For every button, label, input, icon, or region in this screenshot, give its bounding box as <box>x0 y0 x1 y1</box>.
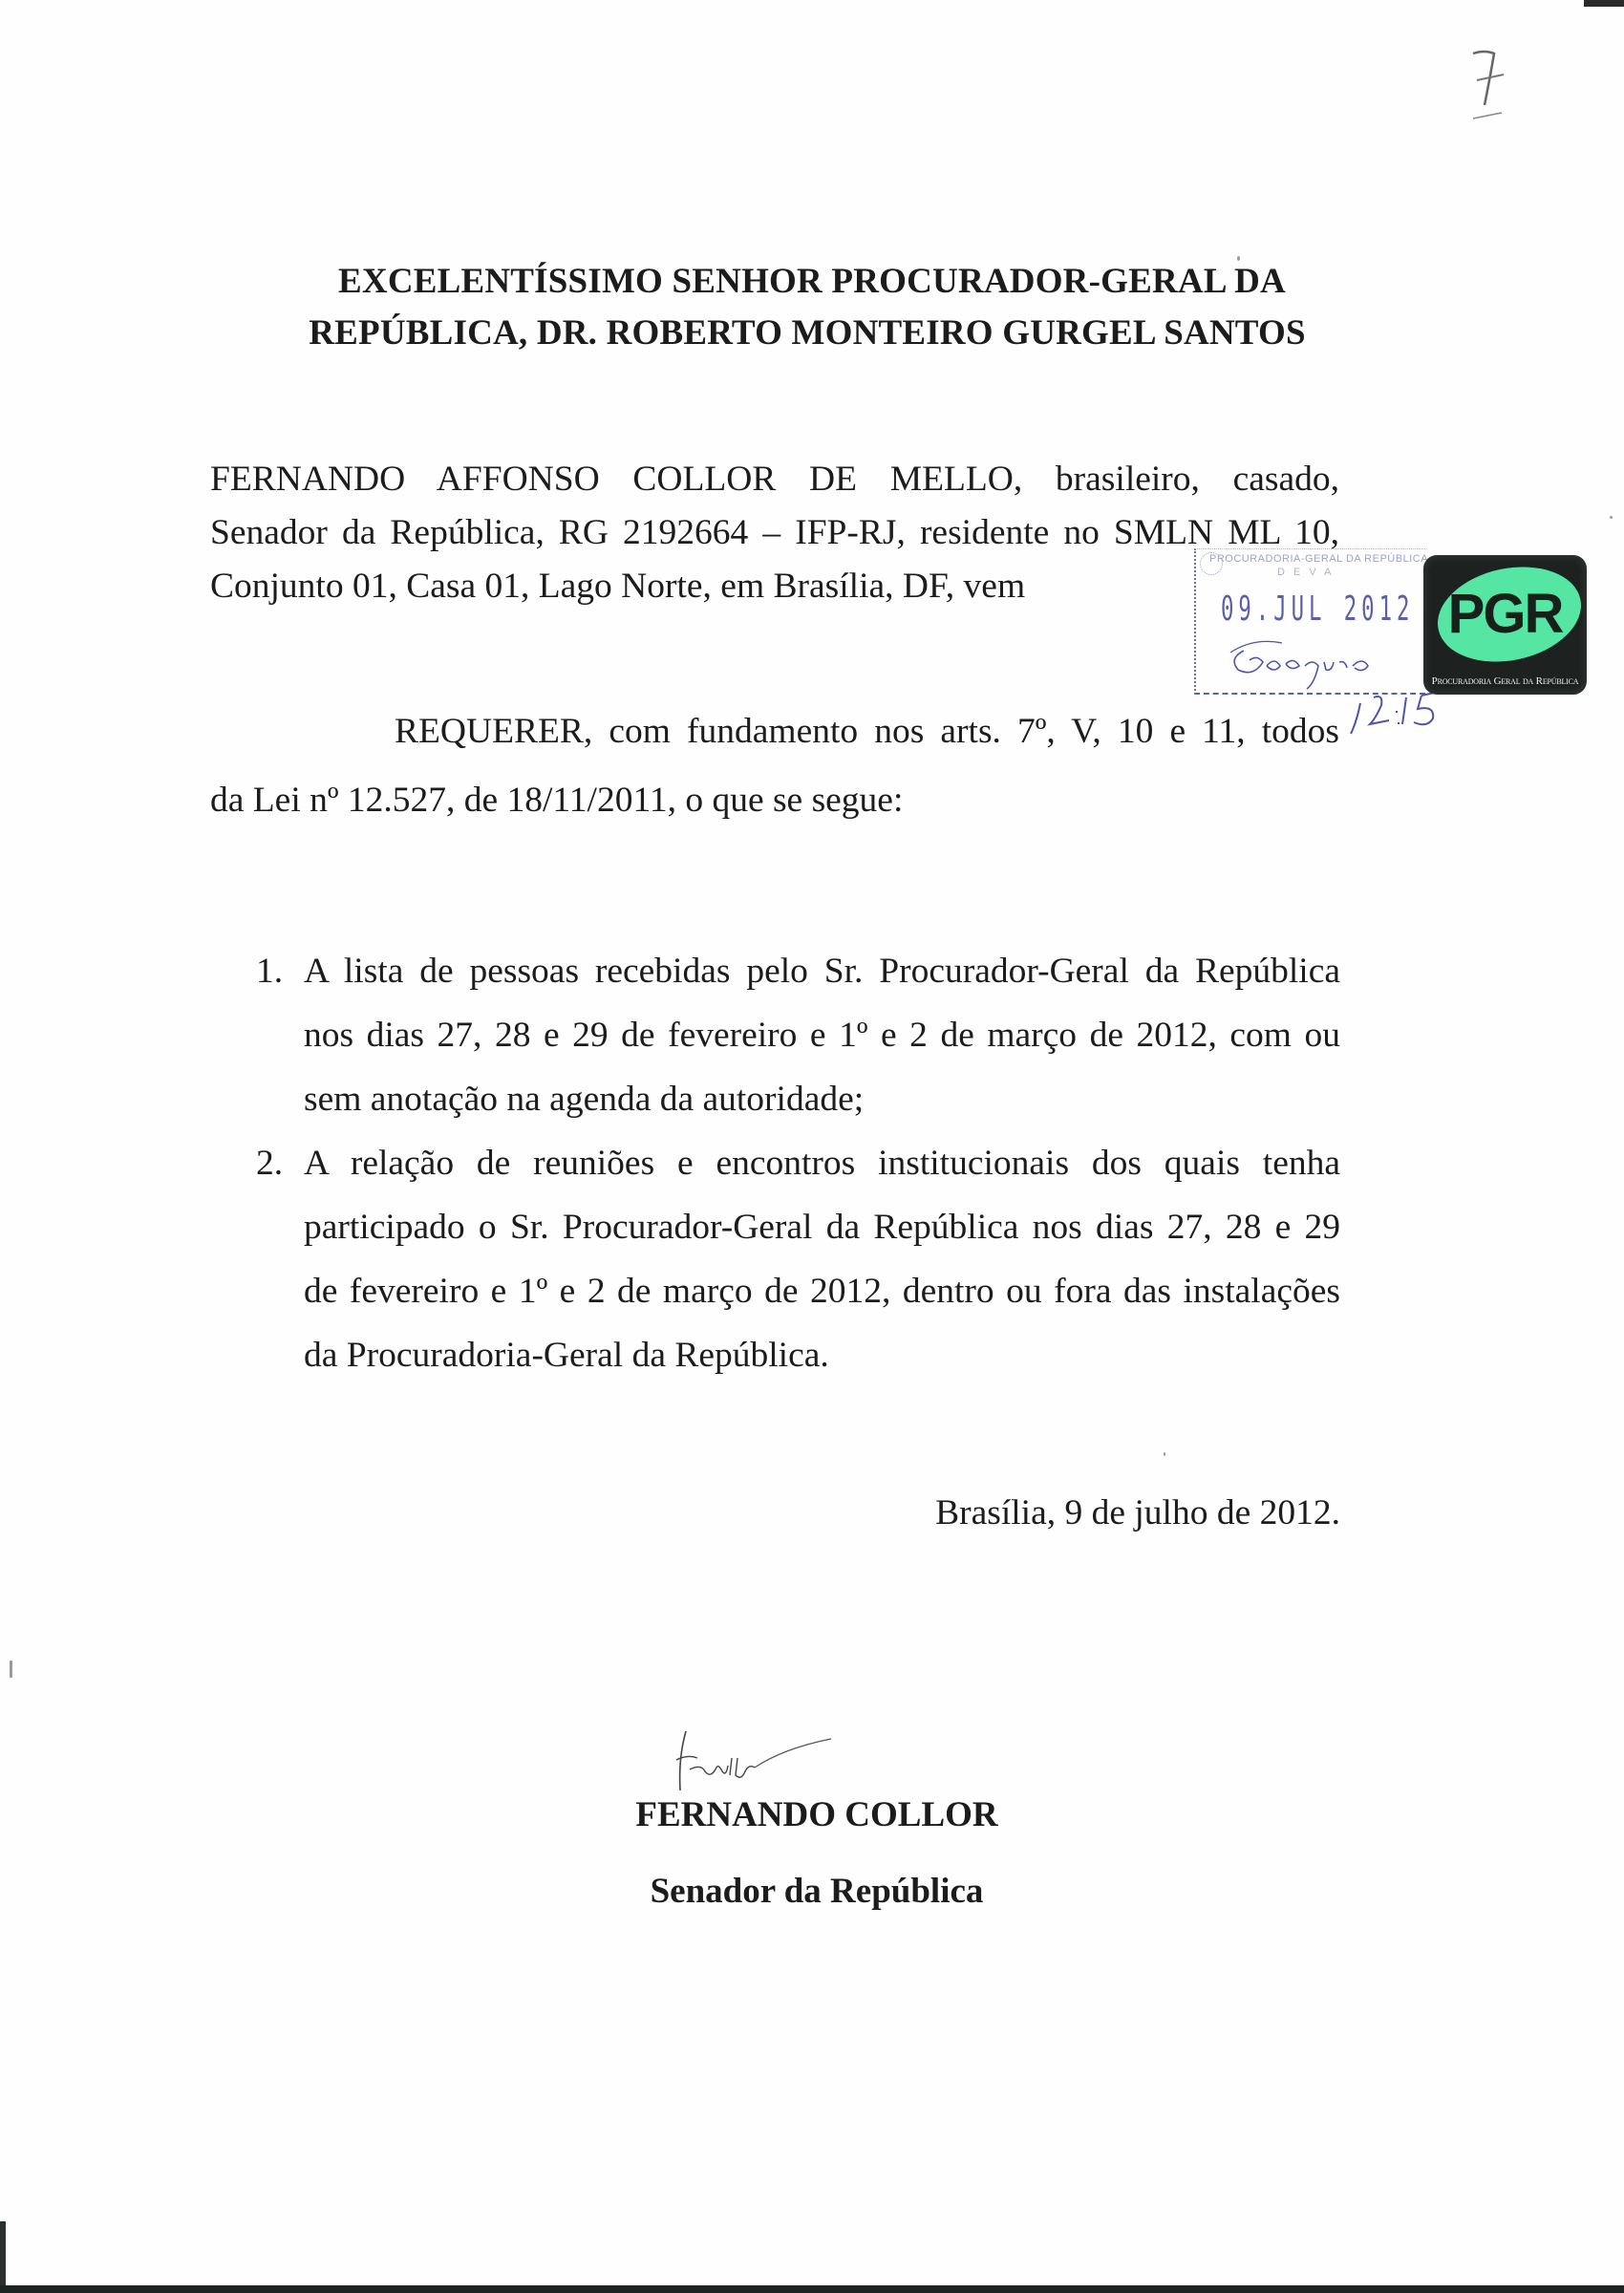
list-item-line: nos dias 27, 28 e 29 de fevereiro e 1º e… <box>304 1003 1340 1067</box>
scan-edge-bottom <box>0 2285 1624 2293</box>
intro-line: Conjunto 01, Casa 01, Lago Norte, em Bra… <box>210 560 1339 613</box>
document-page: 7 EXCELENTÍSSIMO SENHOR PROCURADOR-GERAL… <box>0 0 1624 2293</box>
heading-line-1: EXCELENTÍSSIMO SENHOR PROCURADOR-GERAL D… <box>0 256 1624 308</box>
request-line-1: REQUERER, com fundamento nos arts. 7º, V… <box>210 697 1339 766</box>
handwritten-page-number: 7 <box>1462 38 1519 124</box>
list-item-line: da Procuradoria-Geral da República. <box>304 1323 1340 1387</box>
stamp-header: PROCURADORIA-GERAL DA REPÚBLICA <box>1209 553 1439 565</box>
request-paragraph: REQUERER, com fundamento nos arts. 7º, V… <box>210 697 1339 835</box>
scan-speck <box>10 1661 12 1678</box>
reception-stamp: PROCURADORIA-GERAL DA REPÚBLICA D E V A … <box>1194 548 1425 695</box>
list-item-line: de fevereiro e 1º e 2 de março de 2012, … <box>304 1259 1340 1323</box>
stamp-initials-signature <box>1225 633 1387 691</box>
scan-edge-left <box>0 2221 6 2293</box>
signatory-title: Senador da República <box>0 1871 1624 1912</box>
request-line-2: da Lei nº 12.527, de 18/11/2011, o que s… <box>210 766 1339 835</box>
dateline: Brasília, 9 de julho de 2012. <box>935 1492 1340 1533</box>
stamp-subheader: D E V A <box>1277 567 1335 578</box>
heading-line-2: REPÚBLICA, DR. ROBERTO MONTEIRO GURGEL S… <box>0 308 1624 359</box>
pgr-letters: PGR <box>1423 582 1587 646</box>
pgr-caption: Procuradoria Geral da República <box>1423 675 1587 687</box>
list-item-line: A relação de reuniões e encontros instit… <box>304 1131 1340 1195</box>
list-item: 1. A lista de pessoas recebidas pelo Sr.… <box>256 939 1340 1131</box>
list-item-line: participado o Sr. Procurador-Geral da Re… <box>304 1195 1340 1259</box>
handwritten-signature <box>669 1720 841 1796</box>
list-item-number: 2. <box>256 1131 283 1195</box>
stamp-date: 09.JUL 2012 <box>1221 589 1414 629</box>
intro-line: FERNANDO AFFONSO COLLOR DE MELLO, brasil… <box>210 453 1339 506</box>
list-item: 2. A relação de reuniões e encontros ins… <box>256 1131 1340 1387</box>
signatory-name: FERNANDO COLLOR <box>0 1794 1624 1835</box>
scan-speck <box>1164 1452 1165 1456</box>
list-item-line: A lista de pessoas recebidas pelo Sr. Pr… <box>304 939 1340 1003</box>
scan-edge-top <box>1584 0 1624 7</box>
petitioner-paragraph: FERNANDO AFFONSO COLLOR DE MELLO, brasil… <box>210 453 1339 613</box>
scan-speck <box>1237 256 1240 261</box>
scan-speck <box>1610 516 1613 519</box>
list-item-line: sem anotação na agenda da autoridade; <box>304 1067 1340 1131</box>
request-items-list: 1. A lista de pessoas recebidas pelo Sr.… <box>256 939 1340 1387</box>
pgr-logo-badge: PGR Procuradoria Geral da República <box>1423 555 1587 695</box>
intro-line: Senador da República, RG 2192664 – IFP-R… <box>210 506 1339 560</box>
list-item-number: 1. <box>256 939 283 1003</box>
addressee-heading: EXCELENTÍSSIMO SENHOR PROCURADOR-GERAL D… <box>0 256 1624 359</box>
